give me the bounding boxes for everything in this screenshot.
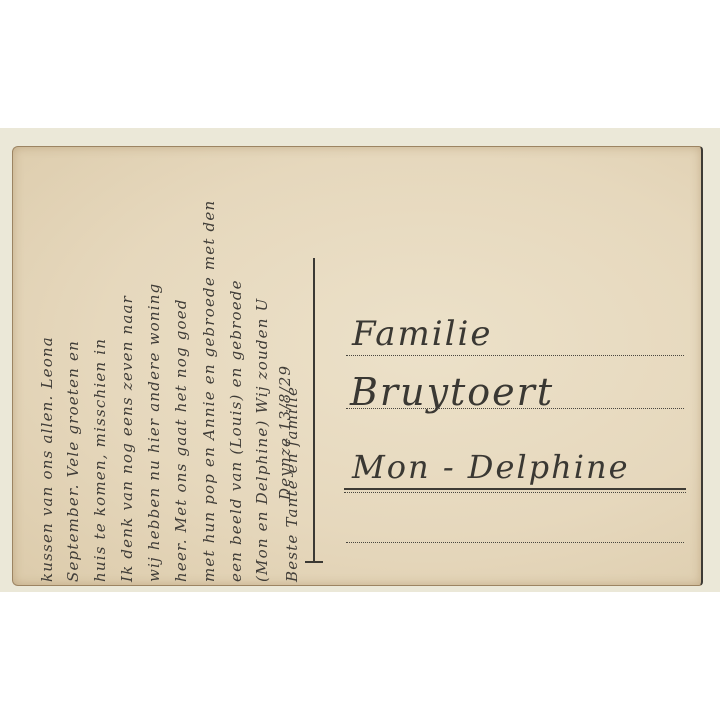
message-line: heer. Met ons gaat het nog goed: [172, 298, 190, 582]
address-rule-4: [346, 542, 684, 543]
address-rule-3: [344, 488, 686, 490]
postcard-divider-line: [313, 258, 315, 563]
message-line: wij hebben nu hier andere woning: [145, 283, 163, 582]
address-rule-2: [346, 408, 684, 409]
message-line: (Mon en Delphine) Wij zouden U: [253, 298, 271, 582]
message-line: een beeld van (Louis) en gebroede: [227, 279, 245, 582]
message-line: huis te komen, misschien in: [91, 338, 109, 582]
message-line: Ik denk van nog eens zeven naar: [118, 295, 136, 582]
message-line: met hun pop en Annie en gebroede met den: [200, 200, 218, 582]
address-rule-1: [346, 355, 684, 356]
postcard-divider-foot: [305, 561, 323, 563]
address-line-1: Familie: [352, 314, 493, 354]
message-line: September. Vele groeten en: [64, 340, 82, 582]
message-line: Beste Tante en familie: [283, 292, 301, 582]
postcard: [12, 146, 703, 586]
message-line: kussen van ons allen. Leona: [38, 336, 56, 582]
address-line-3: Mon - Delphine: [352, 448, 630, 486]
